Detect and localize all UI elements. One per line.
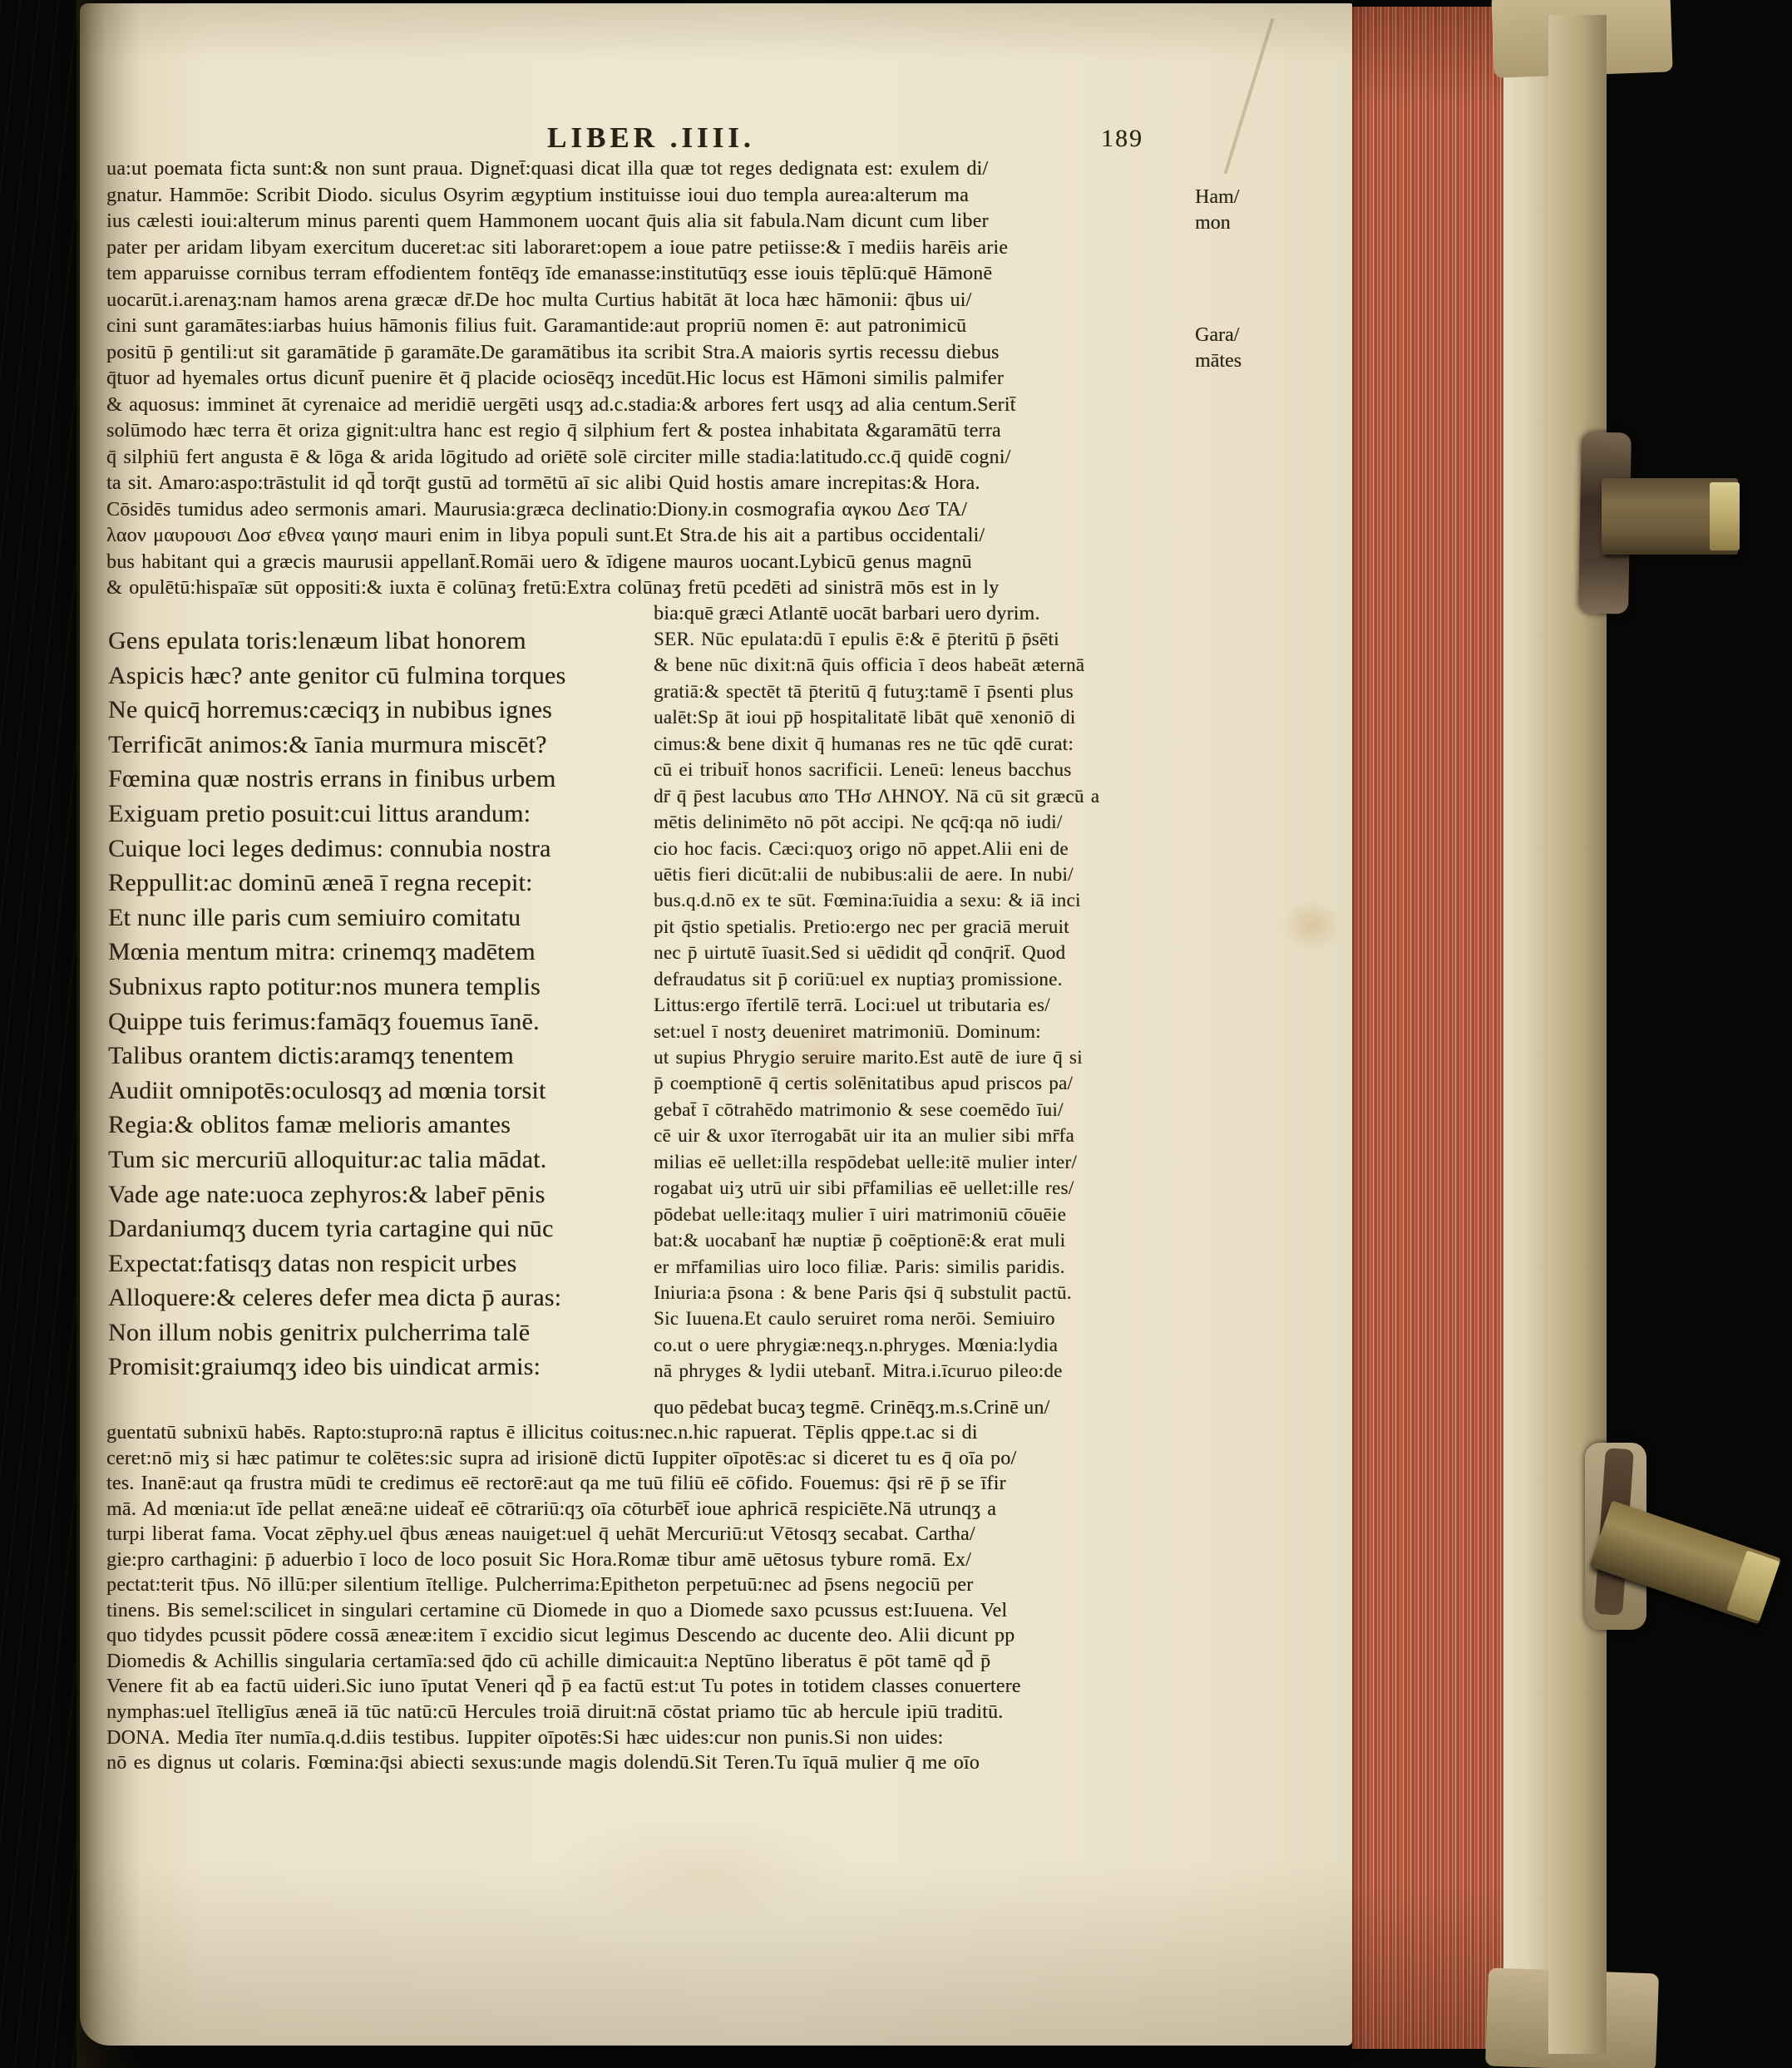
commentary-line: defraudatus sit p̄ coriū:uel ex nuptiaʒ … [654, 966, 1194, 992]
commentary-line: mētis delinimēto nō pōt accipi. Ne qcq̄:… [654, 809, 1194, 835]
verse-line: Quippe tuis ferimus:famāqʒ fouemus īanē. [108, 1004, 649, 1039]
verse-line: Audiit omnipotēs:oculosqʒ ad mœnia torsi… [108, 1073, 649, 1108]
commentary-line: uocarūt.i.arenaʒ:nam hamos arena græcæ d… [106, 288, 1191, 314]
commentary-line: gebat̄ ī cōtrahēdo matrimonio & sese coe… [654, 1097, 1194, 1123]
footer-hanging-line: quo pēdebat bucaʒ tegmē. Crinēqʒ.m.s.Cri… [654, 1395, 1192, 1420]
commentary-line: ius cælesti ioui:alterum minus parenti q… [106, 209, 1191, 235]
upper-clasp-brass-tip [1710, 482, 1740, 550]
commentary-line: & opulētū:hispaīæ sūt oppositi:& iuxta ē… [106, 575, 1191, 602]
margin-note-line: mātes [1195, 348, 1295, 374]
commentary-line: gratiā:& spectēt tā p̄teritū q̄ futuʒ:ta… [654, 679, 1194, 704]
verse-line: Non illum nobis genitrix pulcherrima tal… [108, 1315, 649, 1350]
commentary-line: Littus:ergo īfertilē terrā. Loci:uel ut … [654, 992, 1194, 1018]
commentary-line: cē uir & uxor īterrogabāt uir ita an mul… [654, 1123, 1194, 1148]
commentary-line: quo tidydes pcussit pōdere cossā æneæ:it… [106, 1623, 1197, 1649]
verse-line: Cuique loci leges dedimus: connubia nost… [108, 832, 649, 866]
commentary-line: SER. Nūc epulata:dū ī epulis ē:& ē p̄ter… [654, 626, 1194, 652]
commentary-line: tem apparuisse cornibus terram effodient… [106, 261, 1191, 288]
commentary-line: tinens. Bis semel:scilicet in singulari … [106, 1598, 1197, 1624]
verse-line: Gens epulata toris:lenæum libat honorem [108, 624, 649, 659]
commentary-line: Sic Iuuena.Et caulo seruiret roma nerōi.… [654, 1305, 1194, 1331]
commentary-line: Venere fit ab ea factū uideri.Sic iuno ī… [106, 1674, 1197, 1700]
facing-page-ghost-text [0, 0, 83, 2068]
commentary-line: bus.q.d.nō ex te sūt. Fœmina:īuidia a se… [654, 887, 1194, 913]
fore-edge-shading [1352, 7, 1503, 2049]
margin-note-garamantes: Gara/mātes [1195, 323, 1295, 374]
verse-line: Aspicis hæc? ante genitor cū fulmina tor… [108, 659, 649, 693]
commentary-line: Cōsidēs tumidus adeo sermonis amari. Mau… [106, 497, 1191, 524]
vellum-cover-edge [1548, 15, 1607, 2054]
commentary-line: bat:& uocabant̄ hæ nuptiæ p̄ coēptionē:&… [654, 1227, 1194, 1253]
commentary-line: ua:ut poemata ficta sunt:& non sunt prau… [106, 156, 1191, 183]
commentary-line: turpi liberat fama. Vocat zēphy.uel q̄bu… [106, 1522, 1197, 1547]
margin-note-line: mon [1195, 210, 1295, 236]
commentary-line: pectat:terit tp̄us. Nō illū:per silentiu… [106, 1572, 1197, 1598]
verse-line: Vade age nate:uoca zephyros:& laber̄ pēn… [108, 1177, 649, 1212]
margin-note-line: Ham/ [1195, 185, 1295, 210]
incunable-book-photo: LIBER .IIII. 189 ua:ut poemata ficta sun… [0, 0, 1792, 2068]
commentary-line: co.ut o uere phrygiæ:neqʒ.n.phryges. Mœn… [654, 1332, 1194, 1358]
commentary-line: cimus:& bene dixit q̄ humanas res ne tūc… [654, 731, 1194, 757]
commentary-line: ta sit. Amaro:aspo:trāstulit id qd̄ torq… [106, 471, 1191, 497]
commentary-line: positū p̄ gentili:ut sit garamātide p̄ g… [106, 340, 1191, 367]
margin-note-line: Gara/ [1195, 323, 1295, 348]
commentary-bottom-block: guentatū subnixū habēs. Rapto:stupro:nā … [106, 1420, 1197, 1776]
verse-line: Expectat:fatisqʒ datas non respicit urbe… [108, 1246, 649, 1281]
page-discoloration [549, 1813, 865, 1929]
commentary-line: cio hoc facis. Cæci:quoʒ origo nō appet.… [654, 836, 1194, 861]
commentary-line: ualēt:Sp āt ioui pp̄ hospitalitatē libāt… [654, 704, 1194, 730]
commentary-line: ut supius Phrygio seruire marito.Est aut… [654, 1044, 1194, 1070]
verse-line: Subnixus rapto potitur:nos munera templi… [108, 970, 649, 1004]
verse-line: Regia:& oblitos famæ melioris amantes [108, 1108, 649, 1143]
verse-line: Talibus orantem dictis:aramqʒ tenentem [108, 1039, 649, 1073]
commentary-line: solūmodo hæc terra ēt oriza gignit:ultra… [106, 418, 1191, 445]
commentary-line: er mr̄familias uiro loco filiæ. Paris: s… [654, 1254, 1194, 1280]
commentary-line: tes. Inanē:aut qa frustra mūdi te credim… [106, 1471, 1197, 1497]
commentary-line: gie:pro carthagini: p̄ aduerbio ī loco d… [106, 1547, 1197, 1573]
lower-clasp-brass-tip [1726, 1550, 1780, 1621]
servius-commentary-column: SER. Nūc epulata:dū ī epulis ē:& ē p̄ter… [654, 626, 1194, 1384]
folio-page-number: 189 [1101, 125, 1192, 153]
commentary-line: mā. Ad mœnia:ut īde pellat æneā:ne uidea… [106, 1497, 1197, 1523]
verse-line: Promisit:graiumqʒ ideo bis uindicat armi… [108, 1350, 649, 1384]
verse-line: Terrificāt animos:& īania murmura miscēt… [108, 728, 649, 763]
commentary-line: rogabat uiʒ utrū uir sibi pr̄familias eē… [654, 1175, 1194, 1201]
verse-line: Exiguam pretio posuit:cui littus arandum… [108, 797, 649, 832]
verse-line: Tum sic mercuriū alloquitur:ac talia mād… [108, 1143, 649, 1177]
verse-line: Dardaniumqʒ ducem tyria cartagine qui nū… [108, 1212, 649, 1246]
margin-note-hammon: Ham/mon [1195, 185, 1295, 236]
commentary-line: & aquosus: imminet āt cyrenaice ad merid… [106, 392, 1191, 419]
commentary-line: bus habitant qui a græcis maurusii appel… [106, 550, 1191, 576]
commentary-line: ceret:nō miʒ si hæc patimur te colētes:s… [106, 1446, 1197, 1472]
commentary-line: gnatur. Hammōe: Scribit Diodo. siculus O… [106, 183, 1191, 210]
running-title: LIBER .IIII. [547, 121, 896, 155]
commentary-line: nymphas:uel ītelligīus æneā iā tūc natū:… [106, 1700, 1197, 1725]
verse-line: Mœnia mentum mitra: crinemqʒ madētem [108, 935, 649, 970]
commentary-line: set:uel ī nostʒ deueniret matrimoniū. Do… [654, 1019, 1194, 1044]
commentary-line: & bene nūc dixit:nā q̄uis officia ī deos… [654, 652, 1194, 678]
text-block-edge [1503, 10, 1548, 2052]
commentary-line: Diomedis & Achillis singularia certamīa:… [106, 1649, 1197, 1675]
commentary-top-block: ua:ut poemata ficta sunt:& non sunt prau… [106, 156, 1191, 602]
commentary-line: q̄ silphiū fert angusta ē & lōga & arida… [106, 445, 1191, 471]
commentary-line: p̄ coemptionē q̄ certis solēnitatibus ap… [654, 1070, 1194, 1096]
commentary-line: milias eē uellet:illa respōdebat uelle:i… [654, 1149, 1194, 1175]
commentary-line: nō es dignus ut colaris. Fœmina:q̄si abi… [106, 1750, 1197, 1776]
commentary-line: dr̄ q̄ p̄est lacubus απο ΤΗσ ΛΗΝΟΥ. Nā c… [654, 783, 1194, 809]
foxing-spot [1281, 900, 1342, 951]
commentary-line: cū ei tribuit̄ honos sacrificii. Leneū: … [654, 757, 1194, 782]
verse-line: Ne quicq̄ horremus:cæciqʒ in nubibus ign… [108, 693, 649, 728]
verse-line: Alloquere:& celeres defer mea dicta p̄ a… [108, 1281, 649, 1315]
commentary-line: λαον μαυρουσι Δοσ εθνεα γαιησ mauri enim… [106, 523, 1191, 550]
commentary-line: cini sunt garamātes:iarbas huius hāmonis… [106, 313, 1191, 340]
commentary-line: nec p̄ uirtutē īuasit.Sed si uēdidit qd̄… [654, 940, 1194, 965]
commentary-line: Iniuria:a p̄sona : & bene Paris q̄si q̄ … [654, 1280, 1194, 1305]
commentary-line: pōdebat uelle:itaqʒ mulier ī uiri matrim… [654, 1202, 1194, 1227]
commentary-line: pater per aridam libyam exercitum ducere… [106, 235, 1191, 262]
commentary-line: DONA. Media īter numīa.q.d.diis testibus… [106, 1725, 1197, 1751]
verse-line: Reppullit:ac dominū æneā ī regna recepit… [108, 866, 649, 901]
commentary-line: nā phryges & lydii utebant̄. Mitra.i.īcu… [654, 1358, 1194, 1384]
commentary-hanging-line: bia:quē græci Atlantē uocāt barbari uero… [654, 601, 1191, 627]
commentary-line: uētis fieri dicūt:alii de nubibus:alii d… [654, 861, 1194, 887]
verse-line: Et nunc ille paris cum semiuiro comitatu [108, 901, 649, 935]
commentary-line: guentatū subnixū habēs. Rapto:stupro:nā … [106, 1420, 1197, 1446]
virgil-verse-column: Gens epulata toris:lenæum libat honoremA… [108, 624, 649, 1384]
commentary-line: q̄tuor ad hyemales ortus dicunt̄ puenire… [106, 366, 1191, 392]
verse-line: Fœmina quæ nostris errans in finibus urb… [108, 762, 649, 797]
commentary-line: pit q̄stio spetialis. Pretio:ergo nec pe… [654, 914, 1194, 940]
